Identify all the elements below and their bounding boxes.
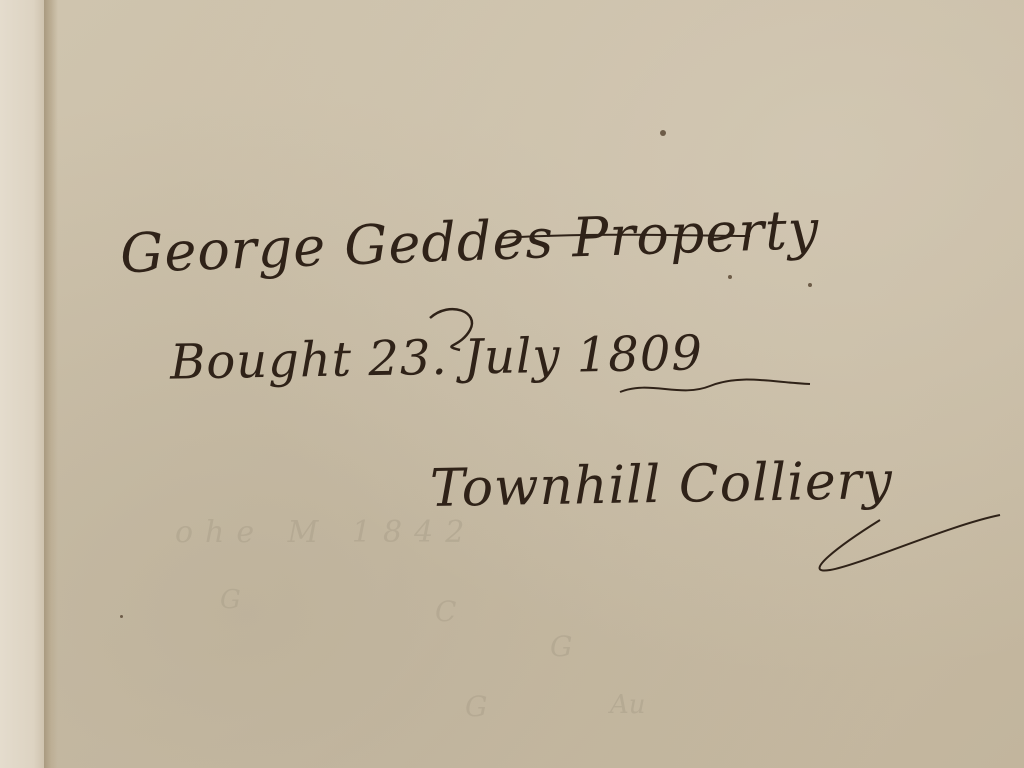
flourish-underline	[0, 0, 1024, 768]
